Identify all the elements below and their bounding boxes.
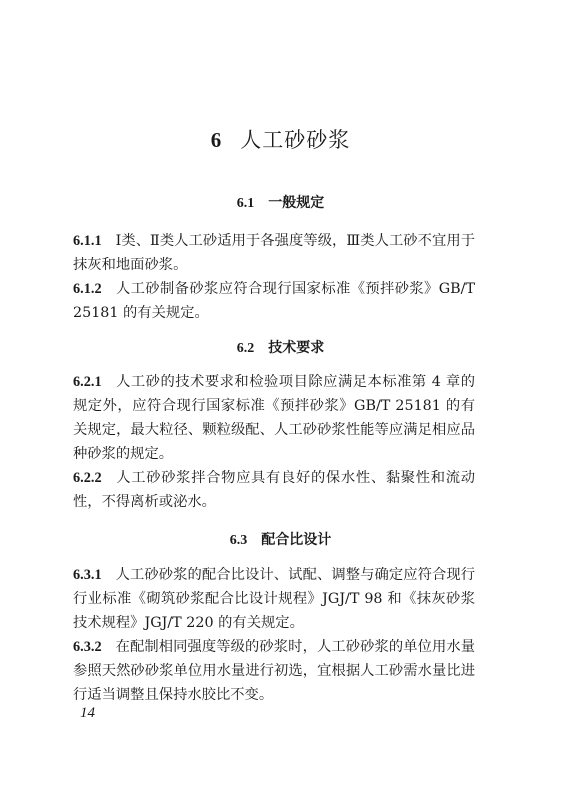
section-title: 一般规定 [268, 195, 324, 211]
clause-6-2-1: 6.2.1人工砂的技术要求和检验项目除应满足本标准第 4 章的规定外，应符合现行… [73, 370, 475, 466]
clause-number: 6.3.2 [73, 639, 102, 655]
clause-text: Ⅰ类、Ⅱ类人工砂适用于各强度等级，Ⅲ类人工砂不宜用于抹灰和地面砂浆。 [73, 233, 475, 273]
section-title: 配合比设计 [261, 532, 331, 548]
clause-number: 6.1.2 [73, 281, 102, 297]
clause-6-3-1: 6.3.1人工砂砂浆的配合比设计、试配、调整与确定应符合现行行业标准《砌筑砂浆配… [73, 563, 475, 635]
chapter-title: 人工砂砂浆 [240, 128, 350, 152]
section-heading-6-1: 6.1一般规定 [0, 192, 561, 212]
clause-6-3-2: 6.3.2在配制相同强度等级的砂浆时，人工砂砂浆的单位用水量参照天然砂砂浆单位用… [73, 635, 475, 707]
clause-text: 人工砂砂浆拌合物应具有良好的保水性、黏聚性和流动性，不得离析或泌水。 [73, 470, 475, 510]
section-heading-6-3: 6.3配合比设计 [0, 529, 561, 549]
clause-number: 6.2.2 [73, 470, 102, 486]
clause-text: 人工砂砂浆的配合比设计、试配、调整与确定应符合现行行业标准《砌筑砂浆配合比设计规… [73, 567, 475, 631]
clause-number: 6.3.1 [73, 567, 102, 583]
page-number: 14 [80, 705, 95, 722]
chapter-number: 6 [211, 128, 223, 152]
section-number: 6.2 [237, 341, 255, 356]
chapter-heading: 6人工砂砂浆 [0, 124, 561, 154]
clause-6-2-2: 6.2.2人工砂砂浆拌合物应具有良好的保水性、黏聚性和流动性，不得离析或泌水。 [73, 466, 475, 514]
clause-text: 人工砂的技术要求和检验项目除应满足本标准第 4 章的规定外，应符合现行国家标准《… [73, 374, 475, 462]
clause-6-1-2: 6.1.2人工砂制备砂浆应符合现行国家标准《预拌砂浆》GB/T 25181 的有… [73, 277, 475, 325]
section-heading-6-2: 6.2技术要求 [0, 337, 561, 357]
document-page: 6人工砂砂浆 6.1一般规定 6.1.1Ⅰ类、Ⅱ类人工砂适用于各强度等级，Ⅲ类人… [0, 0, 561, 804]
clause-number: 6.2.1 [73, 374, 102, 390]
clause-text: 人工砂制备砂浆应符合现行国家标准《预拌砂浆》GB/T 25181 的有关规定。 [73, 281, 475, 321]
clause-text: 在配制相同强度等级的砂浆时，人工砂砂浆的单位用水量参照天然砂砂浆单位用水量进行初… [73, 639, 475, 703]
section-number: 6.1 [237, 196, 255, 211]
clause-number: 6.1.1 [73, 233, 102, 249]
section-title: 技术要求 [268, 340, 324, 356]
section-number: 6.3 [230, 533, 248, 548]
clause-6-1-1: 6.1.1Ⅰ类、Ⅱ类人工砂适用于各强度等级，Ⅲ类人工砂不宜用于抹灰和地面砂浆。 [73, 229, 475, 277]
